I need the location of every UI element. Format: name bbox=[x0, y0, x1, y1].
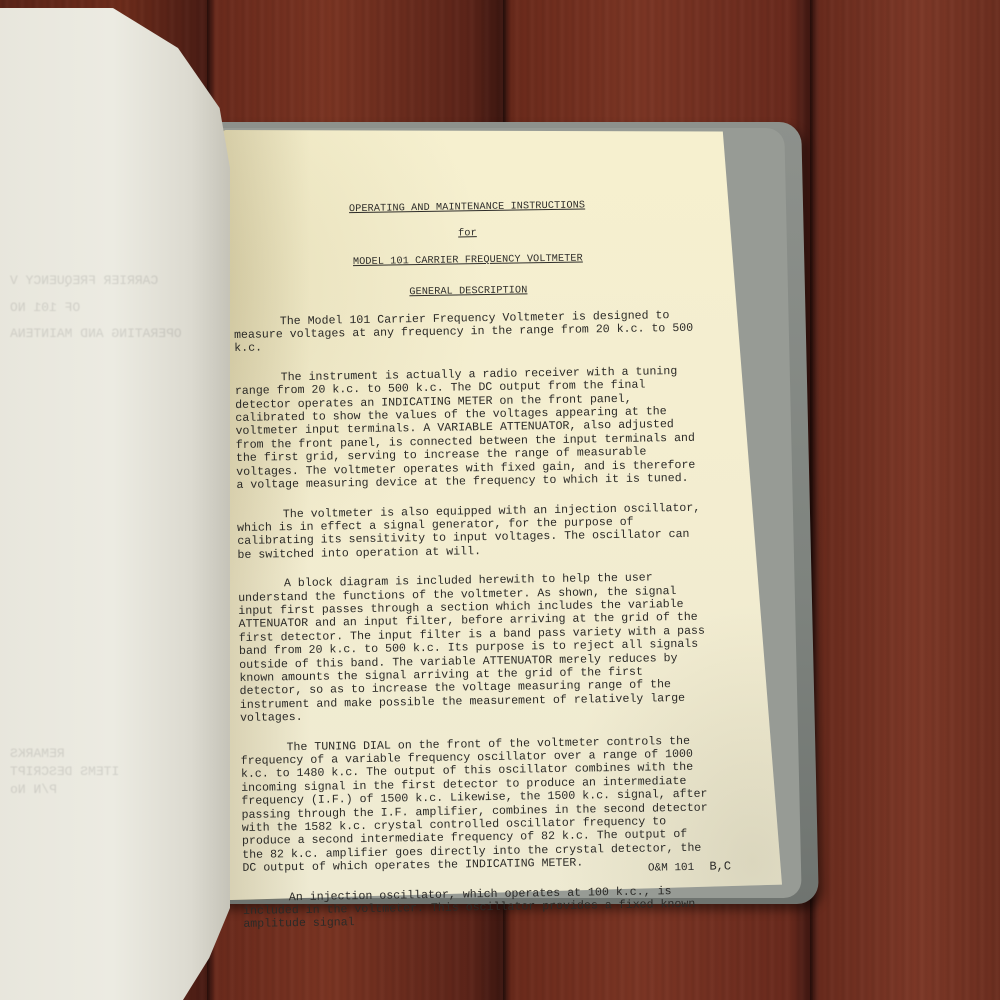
document-for: for bbox=[232, 224, 702, 245]
section-heading: GENERAL DESCRIPTION bbox=[233, 282, 703, 303]
bleed-through-text: OF 101 NO bbox=[10, 300, 111, 315]
bleed-through-text: OPERATING AND MAINTENA bbox=[10, 326, 182, 341]
bleed-through-text: P/N No bbox=[10, 782, 72, 797]
paragraph: The TUNING DIAL on the front of the volt… bbox=[240, 734, 712, 875]
document-code: O&M 101 B,C bbox=[648, 859, 731, 874]
typed-document: OPERATING AND MAINTENANCE INSTRUCTIONS f… bbox=[232, 198, 713, 932]
paragraph: The Model 101 Carrier Frequency Voltmete… bbox=[234, 308, 705, 356]
paragraph: The instrument is actually a radio recei… bbox=[235, 364, 707, 492]
facing-page: CARRIER FREQUENCY V OF 101 NO OPERATING … bbox=[0, 8, 230, 1000]
bleed-through-text: REMARKS bbox=[10, 746, 80, 761]
paragraph: The voltmeter is also equipped with an i… bbox=[237, 501, 708, 562]
bleed-through-text: ITEMS DESCRIPT bbox=[10, 764, 119, 779]
paragraph: A block diagram is included herewith to … bbox=[238, 571, 710, 726]
bleed-through-text: CARRIER FREQUENCY V bbox=[10, 273, 158, 288]
document-revision: B,C bbox=[709, 859, 731, 873]
document-code-number: O&M 101 bbox=[648, 862, 694, 875]
paragraph: An injection oscillator, which operates … bbox=[243, 884, 714, 932]
document-subtitle: MODEL 101 CARRIER FREQUENCY VOLTMETER bbox=[233, 250, 703, 271]
